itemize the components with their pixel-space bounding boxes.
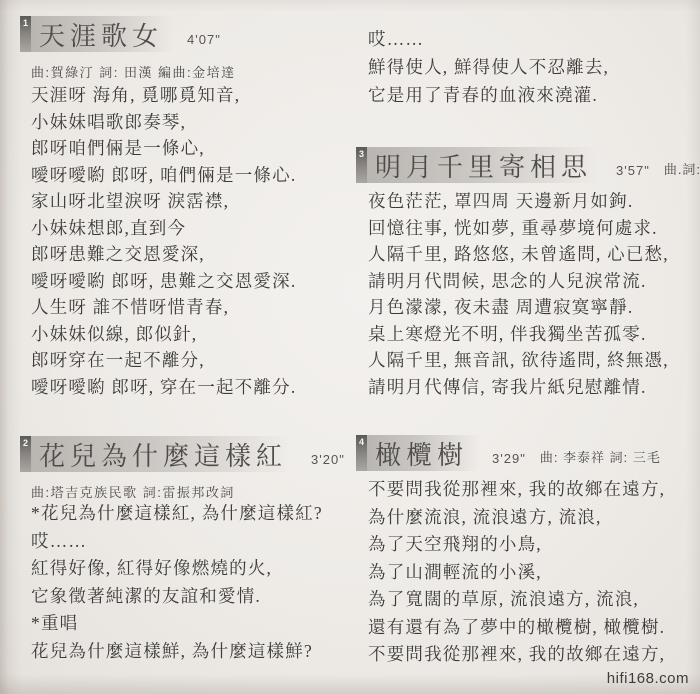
- song-title: 明月千里寄相思: [367, 147, 610, 183]
- lyric-line: 郎呀穿在一起不離分,: [31, 347, 296, 374]
- lyric-line: 紅得好像, 紅得好像燃燒的火,: [31, 555, 323, 583]
- lyric-line: 哎……: [368, 25, 609, 53]
- lyric-line: 請明月代傳信, 寄我片紙兒慰離情.: [368, 374, 669, 401]
- lyric-line: 人生呀 誰不惜呀惜青春,: [31, 294, 296, 321]
- lyric-line: 噯呀噯喲 郎呀, 患難之交恩愛深.: [31, 268, 296, 295]
- lyrics-block: 夜色茫茫, 罩四周 天邊新月如鉤.回憶往事, 恍如夢, 重尋夢境何處求.人隔千里…: [368, 188, 669, 400]
- track-duration: 3'29": [486, 451, 526, 471]
- track-duration: 3'57": [610, 163, 650, 183]
- track-number-badge: 3: [356, 147, 367, 183]
- lyrics-block-continued: 哎……鮮得使人, 鮮得使人不忍離去,它是用了青春的血液來澆灌.: [368, 25, 609, 109]
- lyrics-block: 天涯呀 海角, 覓哪覓知音,小妹妹唱歌郎奏琴,郎呀咱們倆是一條心,噯呀噯喲 郎呀…: [31, 82, 296, 400]
- lyric-line: 人隔千里, 路悠悠, 未曾遙問, 心已愁,: [368, 241, 669, 268]
- lyric-line: 桌上寒燈光不明, 伴我獨坐苦孤零.: [368, 321, 669, 348]
- song3-header: 3 明月千里寄相思 3'57" 曲.詞: 金流: [356, 147, 700, 183]
- lyric-line: 哎……: [31, 528, 323, 556]
- lyric-line: 它是用了青春的血液來澆灌.: [368, 81, 609, 109]
- lyric-line: 天涯呀 海角, 覓哪覓知音,: [31, 82, 296, 109]
- lyric-line: 請明月代問候, 思念的人兒淚常流.: [368, 268, 669, 295]
- lyric-line: 為了寬闊的草原, 流浪遠方, 流浪,: [368, 586, 665, 614]
- lyric-line: 月色濛濛, 夜未盡 周遭寂寞寧靜.: [368, 294, 669, 321]
- track-number-badge: 4: [356, 435, 367, 471]
- lyric-line: 不要問我從那裡來, 我的故鄉在遠方,: [368, 641, 665, 669]
- lyric-line: 鮮得使人, 鮮得使人不忍離去,: [368, 53, 609, 81]
- lyric-line: 家山呀北望淚呀 淚霑襟,: [31, 188, 296, 215]
- lyric-line: 為了山澗輕流的小溪,: [368, 559, 665, 587]
- lyric-line: 小妹妹似線, 郎似針,: [31, 321, 296, 348]
- song-credits: 曲.詞: 金流: [650, 159, 700, 183]
- lyric-line: 還有還有為了夢中的橄欖樹, 橄欖樹.: [368, 614, 665, 642]
- song-title: 花兒為什麼這樣紅: [31, 436, 305, 472]
- lyric-line: 為什麼流浪, 流浪遠方, 流浪,: [368, 504, 665, 532]
- lyric-line: 回憶往事, 恍如夢, 重尋夢境何處求.: [368, 215, 669, 242]
- lyrics-booklet-page: 1 天涯歌女 4'07" 曲:賀綠汀 詞: 田漢 編曲:金培達 天涯呀 海角, …: [0, 0, 700, 694]
- song4-header: 4 橄欖樹 3'29" 曲: 李泰祥 詞: 三毛: [356, 435, 661, 471]
- lyrics-block: *花兒為什麼這樣紅, 為什麼這樣紅?哎……紅得好像, 紅得好像燃燒的火,它象徵著…: [31, 500, 323, 665]
- watermark: hifi168.com: [607, 670, 689, 687]
- track-number: 3: [359, 149, 364, 159]
- lyrics-block: 不要問我從那裡來, 我的故鄉在遠方,為什麼流浪, 流浪遠方, 流浪,為了天空飛翔…: [368, 476, 665, 669]
- track-number: 2: [23, 438, 28, 448]
- track-number: 4: [359, 437, 364, 447]
- lyric-line: 夜色茫茫, 罩四周 天邊新月如鉤.: [368, 188, 669, 215]
- lyric-line: 郎呀患難之交恩愛深,: [31, 241, 296, 268]
- track-number: 1: [23, 18, 28, 28]
- lyric-line: 小妹妹唱歌郎奏琴,: [31, 109, 296, 136]
- track-number-badge: 2: [20, 436, 31, 472]
- song-title: 橄欖樹: [367, 435, 486, 471]
- song-title: 天涯歌女: [31, 16, 181, 52]
- lyric-line: 郎呀咱們倆是一條心,: [31, 135, 296, 162]
- lyric-line: 花兒為什麼這樣鮮, 為什麼這樣鮮?: [31, 638, 323, 666]
- lyric-line: 噯呀噯喲 郎呀, 穿在一起不離分.: [31, 374, 296, 401]
- song2-header: 2 花兒為什麼這樣紅 3'20": [20, 436, 345, 472]
- song-credits: 曲:塔吉克族民歌 詞:雷振邦改詞: [31, 482, 235, 501]
- song-credits: 曲:賀綠汀 詞: 田漢 編曲:金培達: [31, 62, 236, 81]
- lyric-line: 它象徵著純潔的友誼和愛情.: [31, 583, 323, 611]
- lyric-line: 為了天空飛翔的小鳥,: [368, 531, 665, 559]
- track-duration: 4'07": [181, 32, 221, 52]
- song1-header: 1 天涯歌女 4'07": [20, 16, 221, 52]
- song-credits: 曲: 李泰祥 詞: 三毛: [526, 447, 661, 471]
- lyric-line: 人隔千里, 無音訊, 欲待遙問, 終無憑,: [368, 347, 669, 374]
- track-number-badge: 1: [20, 16, 31, 52]
- lyric-line: 小妹妹想郎,直到今: [31, 215, 296, 242]
- lyric-line: *重唱: [31, 610, 323, 638]
- lyric-line: 噯呀噯喲 郎呀, 咱們倆是一條心.: [31, 162, 296, 189]
- lyric-line: *花兒為什麼這樣紅, 為什麼這樣紅?: [31, 500, 323, 528]
- lyric-line: 不要問我從那裡來, 我的故鄉在遠方,: [368, 476, 665, 504]
- track-duration: 3'20": [305, 452, 345, 472]
